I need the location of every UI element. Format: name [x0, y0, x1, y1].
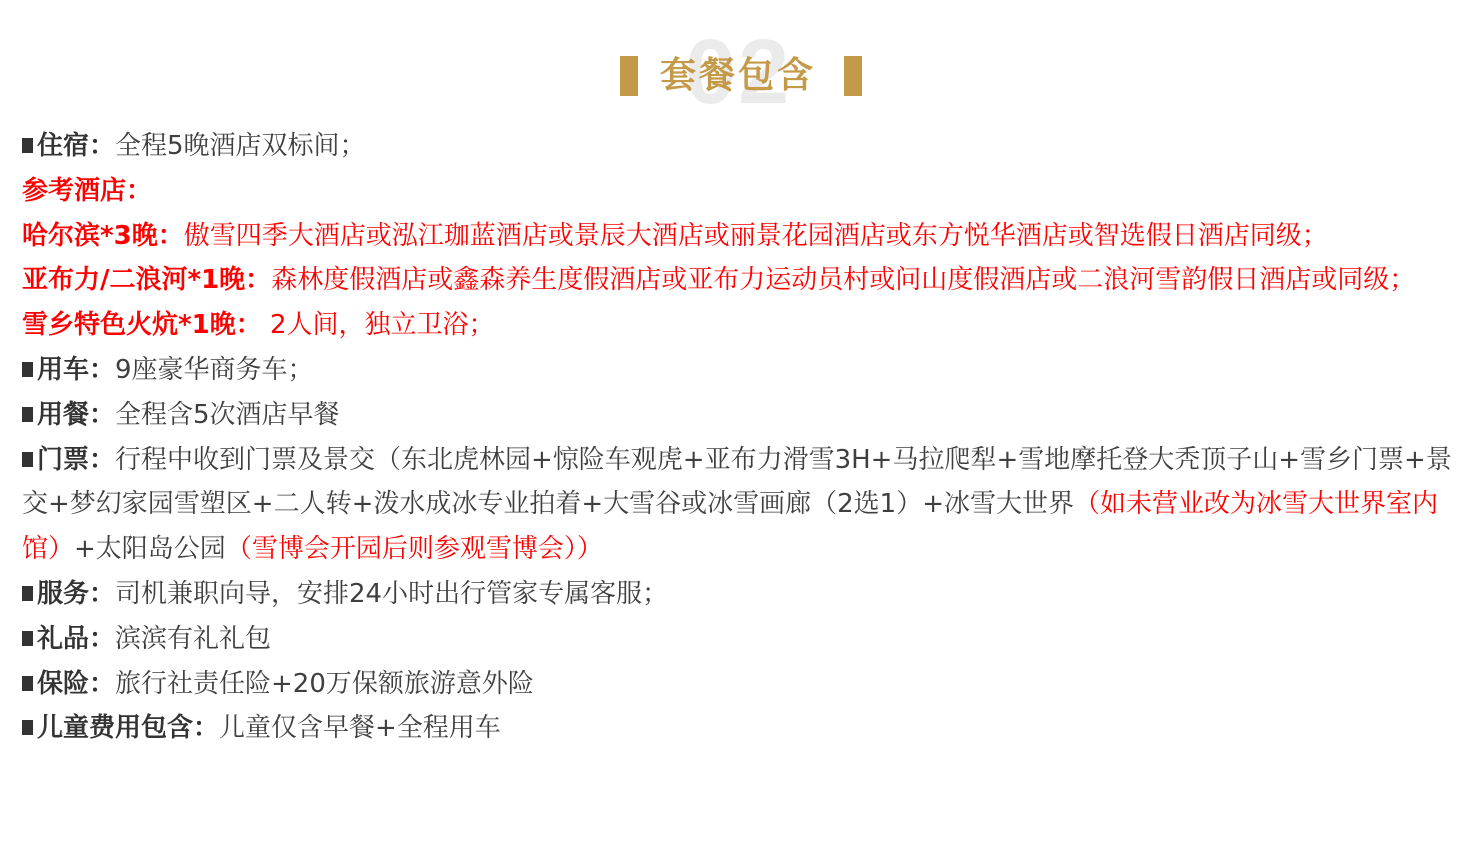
item-gift: 礼品：滨滨有礼礼包 — [22, 617, 1462, 662]
item-service: 服务：司机兼职向导，安排24小时出行管家专属客服； — [22, 572, 1462, 617]
square-bullet-icon — [22, 720, 33, 735]
item-value: 9座豪华商务车； — [115, 355, 314, 385]
item-value: 旅行社责任险+20万保额旅游意外险 — [115, 669, 534, 699]
item-hotel-yabuli: 亚布力/二浪河*1晚：森林度假酒店或鑫森养生度假酒店或亚布力运动员村或问山度假酒… — [22, 258, 1462, 303]
section-title: 套餐包含 — [0, 52, 1476, 100]
item-hotel-snow-town: 雪乡特色火炕*1晚： 2人间，独立卫浴； — [22, 303, 1462, 348]
item-note: （雪博会开园后则参观雪博会）） — [226, 534, 603, 564]
item-label: 礼品： — [37, 624, 115, 654]
square-bullet-icon — [22, 586, 33, 601]
item-value: 滨滨有礼礼包 — [115, 624, 271, 654]
item-label: 儿童费用包含： — [37, 713, 219, 743]
item-label: 保险： — [37, 669, 115, 699]
item-value: +太阳岛公园 — [74, 534, 226, 564]
item-value: 傲雪四季大酒店或泓江珈蓝酒店或景辰大酒店或丽景花园酒店或东方悦华酒店或智选假日酒… — [184, 221, 1328, 251]
item-value: 全程含5次酒店早餐 — [115, 400, 340, 430]
item-label: 门票： — [37, 445, 115, 475]
header-decor-bar-right — [844, 56, 862, 96]
item-label: 亚布力/二浪河*1晚： — [22, 265, 271, 295]
item-insurance: 保险：旅行社责任险+20万保额旅游意外险 — [22, 662, 1462, 707]
square-bullet-icon — [22, 676, 33, 691]
item-hotel-harbin: 哈尔滨*3晚：傲雪四季大酒店或泓江珈蓝酒店或景辰大酒店或丽景花园酒店或东方悦华酒… — [22, 214, 1462, 259]
section-header: 02 套餐包含 — [0, 22, 1476, 122]
item-label: 用餐： — [37, 400, 115, 430]
item-accommodation: 住宿：全程5晚酒店双标间； — [22, 124, 1462, 169]
item-tickets: 门票：行程中收到门票及景交（东北虎林园+惊险车观虎+亚布力滑雪3H+马拉爬犁+雪… — [22, 438, 1462, 572]
item-value: 司机兼职向导，安排24小时出行管家专属客服； — [115, 579, 668, 609]
square-bullet-icon — [22, 138, 33, 153]
item-label: 哈尔滨*3晚： — [22, 221, 184, 251]
item-value: 儿童仅含早餐+全程用车 — [219, 713, 501, 743]
item-label: 雪乡特色火炕*1晚： — [22, 310, 262, 340]
item-label: 用车： — [37, 355, 115, 385]
package-includes-list: 住宿：全程5晚酒店双标间； 参考酒店： 哈尔滨*3晚：傲雪四季大酒店或泓江珈蓝酒… — [22, 124, 1462, 751]
item-vehicle: 用车：9座豪华商务车； — [22, 348, 1462, 393]
item-label: 住宿： — [37, 131, 115, 161]
item-children: 儿童费用包含：儿童仅含早餐+全程用车 — [22, 706, 1462, 751]
square-bullet-icon — [22, 407, 33, 422]
square-bullet-icon — [22, 452, 33, 467]
item-meals: 用餐：全程含5次酒店早餐 — [22, 393, 1462, 438]
item-label: 参考酒店： — [22, 176, 152, 206]
square-bullet-icon — [22, 631, 33, 646]
square-bullet-icon — [22, 362, 33, 377]
item-value: 全程5晚酒店双标间； — [115, 131, 366, 161]
item-value: 森林度假酒店或鑫森养生度假酒店或亚布力运动员村或问山度假酒店或二浪河雪韵假日酒店… — [271, 265, 1415, 295]
item-value: 2人间，独立卫浴； — [262, 310, 495, 340]
item-reference-hotels: 参考酒店： — [22, 169, 1462, 214]
item-label: 服务： — [37, 579, 115, 609]
